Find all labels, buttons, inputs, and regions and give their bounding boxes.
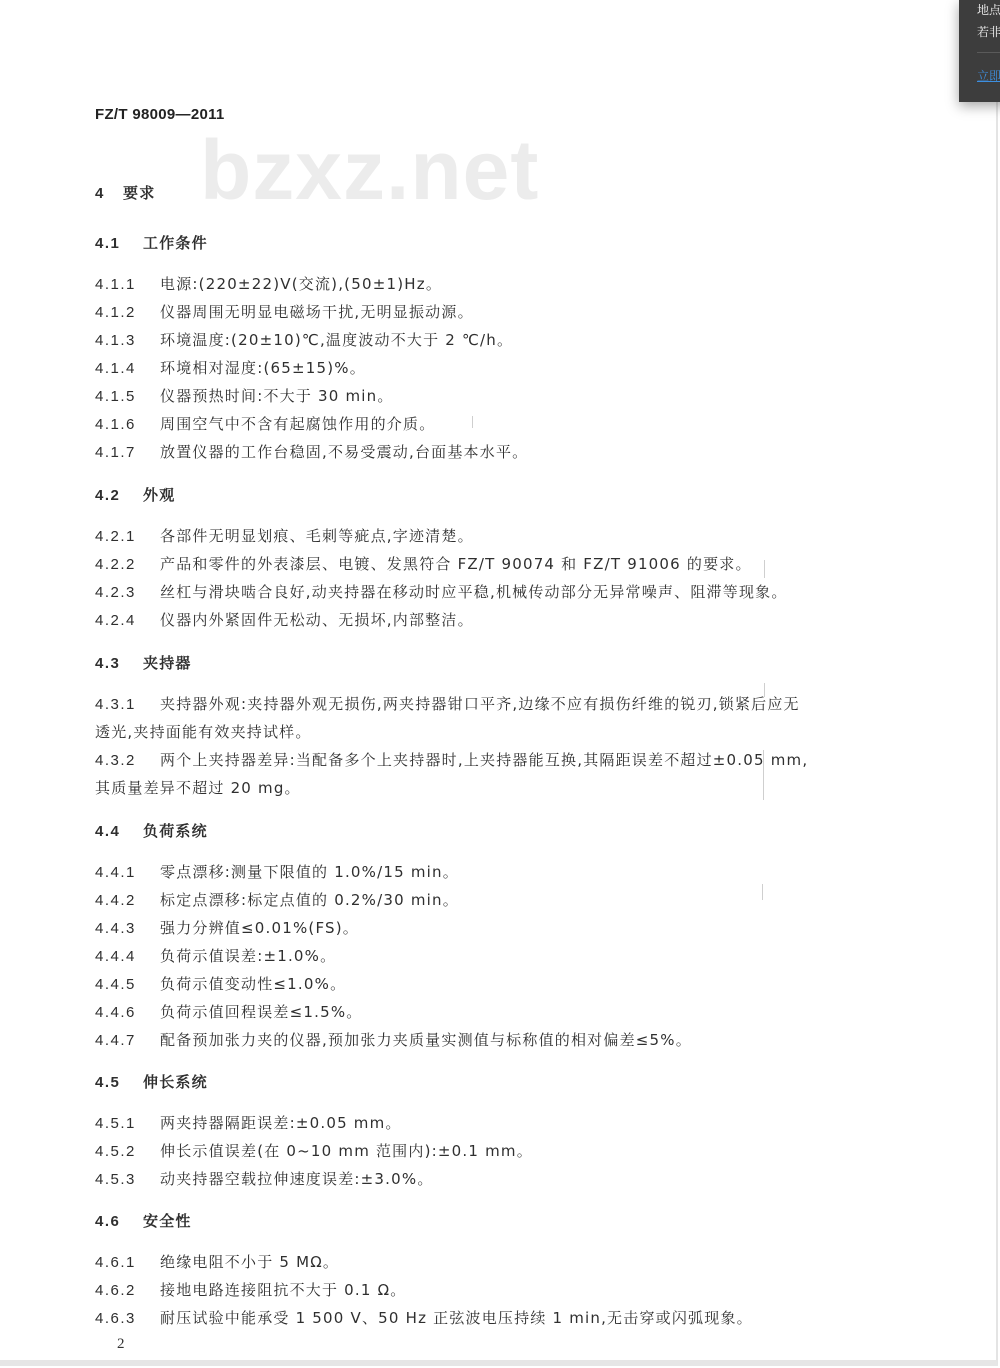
clause-text: 标定点漂移:标定点值的 0.2%/30 min。 [160, 891, 459, 909]
clause-4-6-3: 4.6.3耐压试验中能承受 1 500 V、50 Hz 正弦波电压持续 1 mi… [95, 1308, 753, 1329]
scan-artifact [472, 416, 473, 428]
scan-artifact [764, 683, 765, 697]
clause-text: 动夹持器空载拉伸速度误差:±3.0%。 [160, 1170, 434, 1188]
clause-4-4-4: 4.4.4负荷示值误差:±1.0%。 [95, 946, 336, 967]
clause-number: 4.2.1 [95, 527, 160, 547]
clause-text: 配备预加张力夹的仪器,预加张力夹质量实测值与标称值的相对偏差≤5%。 [160, 1031, 692, 1049]
clause-4-2-4: 4.2.4仪器内外紧固件无松动、无损坏,内部整洁。 [95, 610, 474, 631]
popup-text-line: 若非 [977, 23, 1000, 40]
clause-text: 负荷示值变动性≤1.0%。 [160, 975, 346, 993]
section-heading-4-3: 4.3夹持器 [95, 653, 192, 674]
clause-text: 零点漂移:测量下限值的 1.0%/15 min。 [160, 863, 459, 881]
clause-text: 电源:(220±22)V(交流),(50±1)Hz。 [160, 275, 442, 293]
clause-text: 环境温度:(20±10)℃,温度波动不大于 2 ℃/h。 [160, 331, 513, 349]
clause-number: 4.5.2 [95, 1142, 160, 1162]
section-heading-4-5: 4.5伸长系统 [95, 1072, 208, 1093]
section-number: 4.4 [95, 822, 143, 842]
page-number: 2 [117, 1336, 125, 1353]
standard-code: FZ/T 98009—2011 [95, 106, 225, 123]
clause-4-1-7: 4.1.7放置仪器的工作台稳固,不易受震动,台面基本水平。 [95, 442, 528, 463]
clause-number: 4.4.6 [95, 1003, 160, 1023]
clause-4-1-6: 4.1.6周围空气中不含有起腐蚀作用的介质。 [95, 414, 435, 435]
section-number: 4.6 [95, 1212, 143, 1232]
clause-4-3-1: 4.3.1夹持器外观:夹持器外观无损伤,两夹持器钳口平齐,边缘不应有损伤纤维的锐… [95, 694, 800, 715]
clause-number: 4.5.3 [95, 1170, 160, 1190]
clause-number: 4.4.2 [95, 891, 160, 911]
clause-text: 仪器内外紧固件无松动、无损坏,内部整洁。 [160, 611, 474, 629]
clause-text: 夹持器外观:夹持器外观无损伤,两夹持器钳口平齐,边缘不应有损伤纤维的锐刃,锁紧后… [160, 695, 800, 713]
popup-divider [977, 52, 1000, 53]
clause-4-4-6: 4.4.6负荷示值回程误差≤1.5%。 [95, 1002, 362, 1023]
clause-number: 4.1.4 [95, 359, 160, 379]
clause-text: 强力分辨值≤0.01%(FS)。 [160, 919, 359, 937]
scan-artifact [762, 884, 763, 900]
clause-4-5-2: 4.5.2伸长示值误差(在 0~10 mm 范围内):±0.1 mm。 [95, 1141, 533, 1162]
section-number: 4.2 [95, 486, 143, 506]
clause-text: 产品和零件的外表漆层、电镀、发黑符合 FZ/T 90074 和 FZ/T 910… [160, 555, 752, 573]
section-title: 伸长系统 [143, 1073, 208, 1091]
section-title: 夹持器 [143, 654, 192, 672]
clause-4-3-1-continued: 透光,夹持面能有效夹持试样。 [95, 722, 312, 742]
clause-text: 两夹持器隔距误差:±0.05 mm。 [160, 1114, 402, 1132]
clause-4-1-3: 4.1.3环境温度:(20±10)℃,温度波动不大于 2 ℃/h。 [95, 330, 513, 351]
clause-number: 4.1.1 [95, 275, 160, 295]
scan-artifact [764, 560, 765, 578]
clause-number: 4.4.5 [95, 975, 160, 995]
notification-popup[interactable]: 地点 若非 立即 [959, 0, 1000, 102]
clause-4-1-2: 4.1.2仪器周围无明显电磁场干扰,无明显振动源。 [95, 302, 474, 323]
popup-action-link[interactable]: 立即 [977, 67, 1000, 84]
clause-text: 放置仪器的工作台稳固,不易受震动,台面基本水平。 [160, 443, 528, 461]
clause-4-4-5: 4.4.5负荷示值变动性≤1.0%。 [95, 974, 346, 995]
section-title: 外观 [143, 486, 175, 504]
clause-4-1-4: 4.1.4环境相对湿度:(65±15)%。 [95, 358, 366, 379]
clause-text: 丝杠与滑块啮合良好,动夹持器在移动时应平稳,机械传动部分无异常噪声、阻滞等现象。 [160, 583, 788, 601]
clause-4-5-3: 4.5.3动夹持器空载拉伸速度误差:±3.0%。 [95, 1169, 434, 1190]
clause-4-5-1: 4.5.1两夹持器隔距误差:±0.05 mm。 [95, 1113, 402, 1134]
clause-text: 各部件无明显划痕、毛刺等疵点,字迹清楚。 [160, 527, 474, 545]
clause-text: 伸长示值误差(在 0~10 mm 范围内):±0.1 mm。 [160, 1142, 533, 1160]
section-heading-4: 4要求 [95, 183, 155, 204]
section-title: 安全性 [143, 1212, 192, 1230]
clause-number: 4.2.4 [95, 611, 160, 631]
clause-text: 仪器预热时间:不大于 30 min。 [160, 387, 394, 405]
section-number: 4.3 [95, 654, 143, 674]
scan-artifact [763, 750, 764, 800]
clause-text: 负荷示值误差:±1.0%。 [160, 947, 336, 965]
clause-4-4-1: 4.4.1零点漂移:测量下限值的 1.0%/15 min。 [95, 862, 459, 883]
section-number: 4 [95, 184, 123, 204]
section-heading-4-6: 4.6安全性 [95, 1211, 192, 1232]
clause-4-6-2: 4.6.2接地电路连接阻抗不大于 0.1 Ω。 [95, 1280, 406, 1301]
clause-number: 4.6.2 [95, 1281, 160, 1301]
watermark: bzxz.net [200, 128, 539, 212]
clause-number: 4.4.7 [95, 1031, 160, 1051]
clause-number: 4.1.3 [95, 331, 160, 351]
clause-number: 4.4.1 [95, 863, 160, 883]
section-number: 4.5 [95, 1073, 143, 1093]
clause-4-6-1: 4.6.1绝缘电阻不小于 5 MΩ。 [95, 1252, 339, 1273]
document-page: FZ/T 98009—2011 bzxz.net 4要求 4.1工作条件 4.1… [0, 0, 998, 1366]
clause-4-2-1: 4.2.1各部件无明显划痕、毛刺等疵点,字迹清楚。 [95, 526, 474, 547]
clause-number: 4.3.2 [95, 751, 160, 771]
popup-text-line: 地点 [977, 1, 1000, 18]
clause-number: 4.1.5 [95, 387, 160, 407]
clause-text: 绝缘电阻不小于 5 MΩ。 [160, 1253, 339, 1271]
clause-4-2-3: 4.2.3丝杠与滑块啮合良好,动夹持器在移动时应平稳,机械传动部分无异常噪声、阻… [95, 582, 788, 603]
section-title: 工作条件 [143, 234, 208, 252]
clause-number: 4.5.1 [95, 1114, 160, 1134]
clause-4-3-2: 4.3.2两个上夹持器差异:当配备多个上夹持器时,上夹持器能互换,其隔距误差不超… [95, 750, 808, 771]
clause-4-4-2: 4.4.2标定点漂移:标定点值的 0.2%/30 min。 [95, 890, 459, 911]
section-title: 负荷系统 [143, 822, 208, 840]
clause-4-4-3: 4.4.3强力分辨值≤0.01%(FS)。 [95, 918, 359, 939]
clause-number: 4.3.1 [95, 695, 160, 715]
clause-4-1-1: 4.1.1电源:(220±22)V(交流),(50±1)Hz。 [95, 274, 442, 295]
section-heading-4-2: 4.2外观 [95, 485, 175, 506]
clause-text: 接地电路连接阻抗不大于 0.1 Ω。 [160, 1281, 406, 1299]
clause-text: 两个上夹持器差异:当配备多个上夹持器时,上夹持器能互换,其隔距误差不超过±0.0… [160, 751, 808, 769]
clause-number: 4.1.2 [95, 303, 160, 323]
clause-text: 耐压试验中能承受 1 500 V、50 Hz 正弦波电压持续 1 min,无击穿… [160, 1309, 753, 1327]
clause-number: 4.2.2 [95, 555, 160, 575]
clause-number: 4.2.3 [95, 583, 160, 603]
clause-4-1-5: 4.1.5仪器预热时间:不大于 30 min。 [95, 386, 394, 407]
section-heading-4-4: 4.4负荷系统 [95, 821, 208, 842]
clause-text: 仪器周围无明显电磁场干扰,无明显振动源。 [160, 303, 474, 321]
section-heading-4-1: 4.1工作条件 [95, 233, 208, 254]
clause-number: 4.1.7 [95, 443, 160, 463]
section-number: 4.1 [95, 234, 143, 254]
clause-4-2-2: 4.2.2产品和零件的外表漆层、电镀、发黑符合 FZ/T 90074 和 FZ/… [95, 554, 752, 575]
clause-number: 4.6.1 [95, 1253, 160, 1273]
clause-text: 负荷示值回程误差≤1.5%。 [160, 1003, 362, 1021]
section-title: 要求 [123, 184, 155, 202]
clause-4-4-7: 4.4.7配备预加张力夹的仪器,预加张力夹质量实测值与标称值的相对偏差≤5%。 [95, 1030, 692, 1051]
clause-number: 4.4.4 [95, 947, 160, 967]
clause-4-3-2-continued: 其质量差异不超过 20 mg。 [95, 778, 301, 798]
clause-text: 周围空气中不含有起腐蚀作用的介质。 [160, 415, 435, 433]
clause-number: 4.6.3 [95, 1309, 160, 1329]
clause-number: 4.1.6 [95, 415, 160, 435]
clause-text: 环境相对湿度:(65±15)%。 [160, 359, 366, 377]
clause-number: 4.4.3 [95, 919, 160, 939]
